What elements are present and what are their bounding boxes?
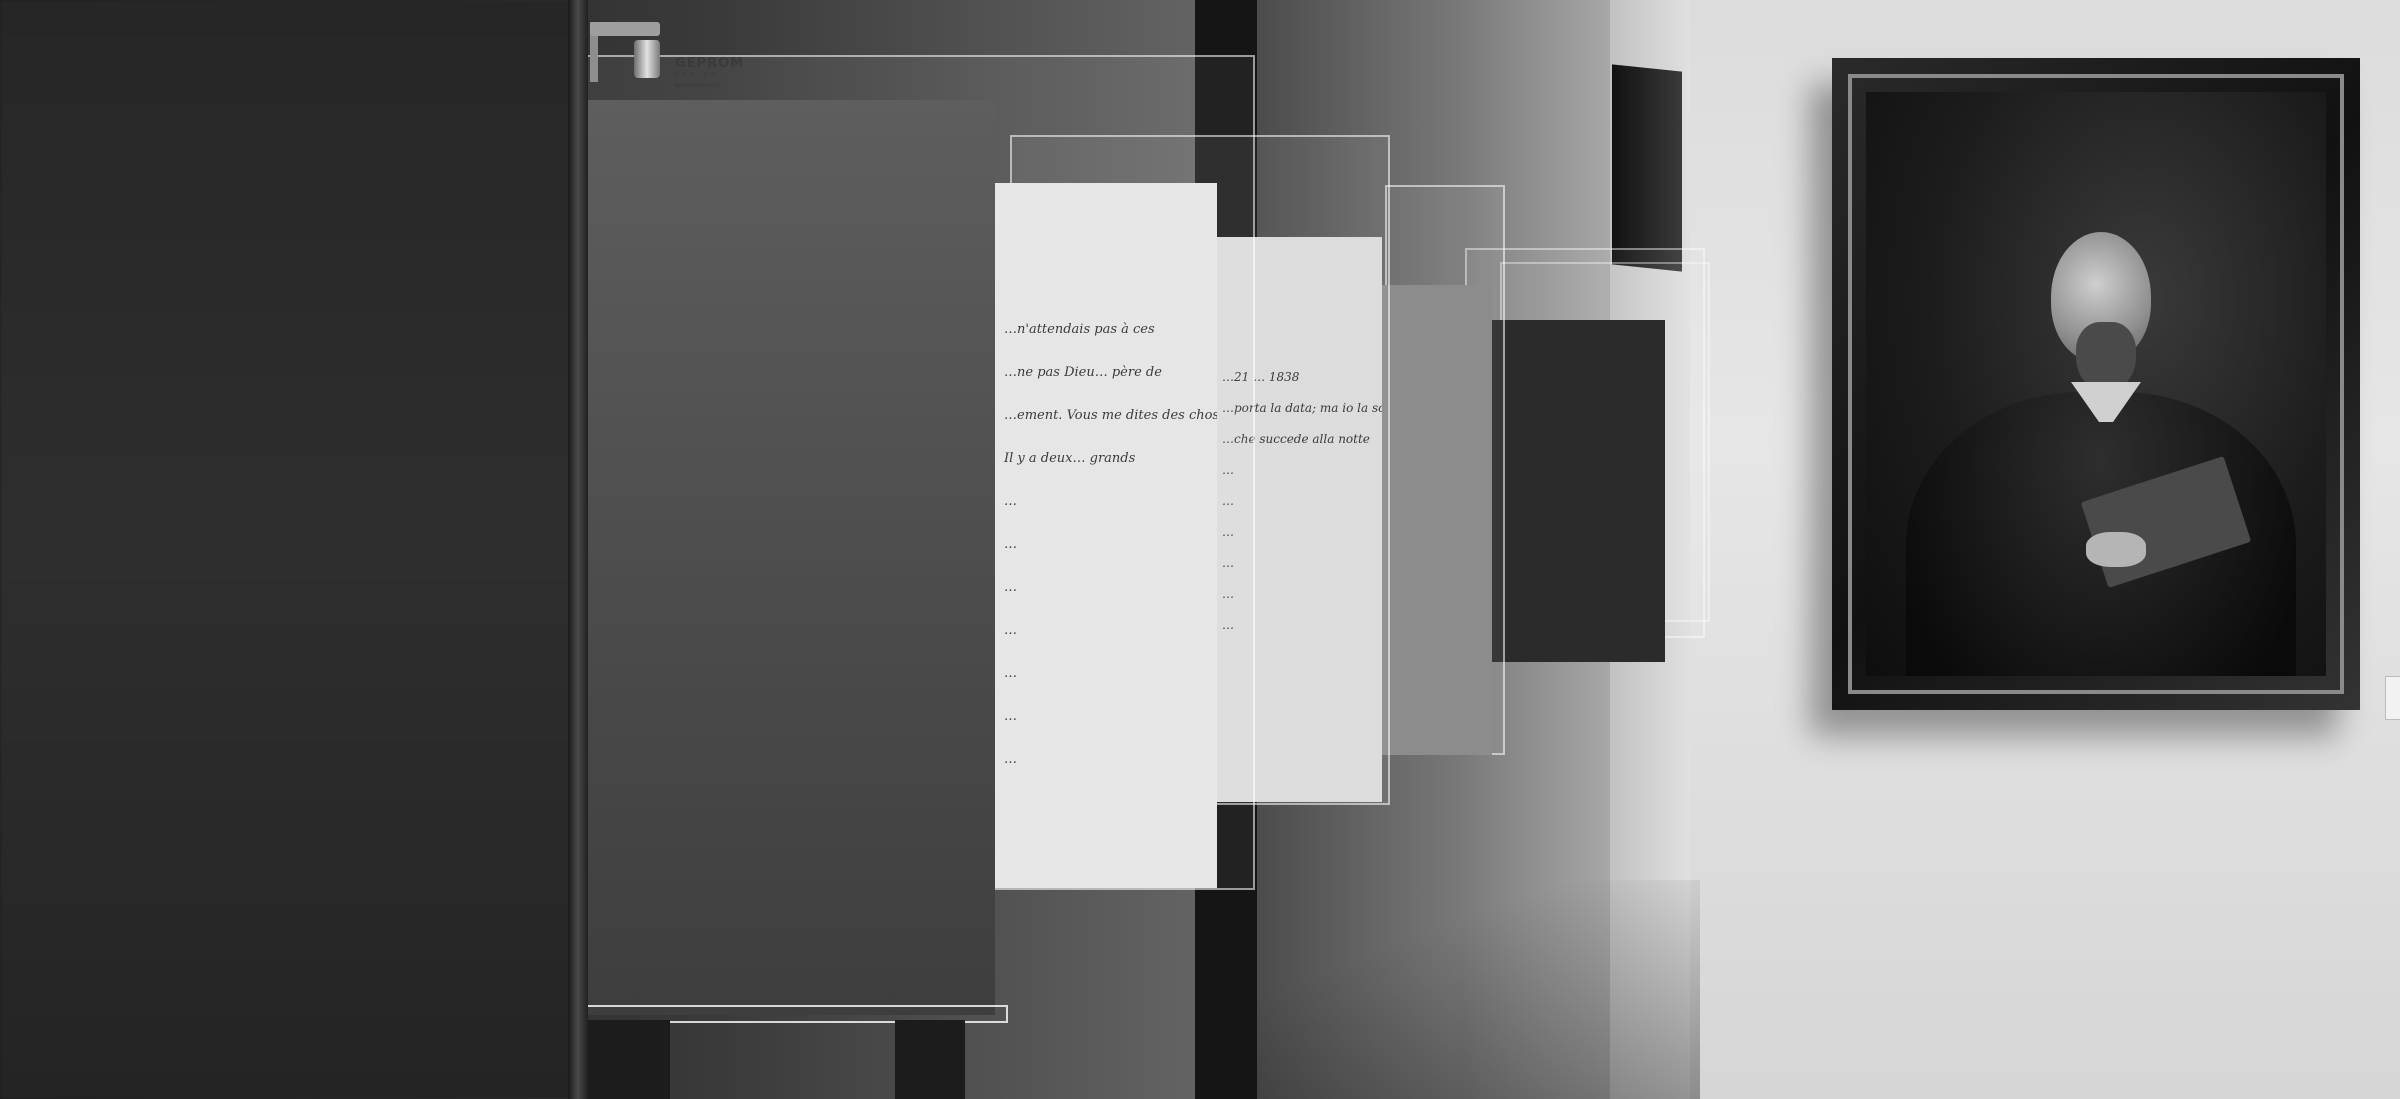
small-dark-frame xyxy=(1612,64,1682,271)
sitter-beard xyxy=(2076,322,2136,392)
light-switch xyxy=(2385,676,2400,720)
foreground-glass-edge xyxy=(568,0,588,1099)
exhibition-photo: …21 … 1838 …porta la data; ma io la scri… xyxy=(0,0,2400,1099)
letter-white: …n'attendais pas à ces …ne pas Dieu… pèr… xyxy=(992,183,1217,888)
brand-url: www.geprom.it xyxy=(675,82,744,89)
stand-leg-left xyxy=(580,1020,670,1099)
brand-subtitle: design xyxy=(675,71,744,78)
panel-clamp xyxy=(590,10,670,80)
brand-label: GEPROM design www.geprom.it xyxy=(675,56,744,89)
portrait-painting xyxy=(1866,92,2326,676)
portrait-frame xyxy=(1832,58,2360,710)
letter-dark-4 xyxy=(1485,320,1665,662)
letter-foreground xyxy=(0,0,580,1099)
clamp-screw xyxy=(634,40,660,78)
letter-grey-3 xyxy=(1382,285,1492,755)
floor-shadow xyxy=(1250,880,1700,1099)
sitter-hand xyxy=(2086,532,2146,567)
stand-leg-right xyxy=(895,1020,965,1099)
clamp-arm xyxy=(590,22,660,36)
brand-name: GEPROM xyxy=(675,56,744,71)
letter-dark-1 xyxy=(580,100,995,1015)
